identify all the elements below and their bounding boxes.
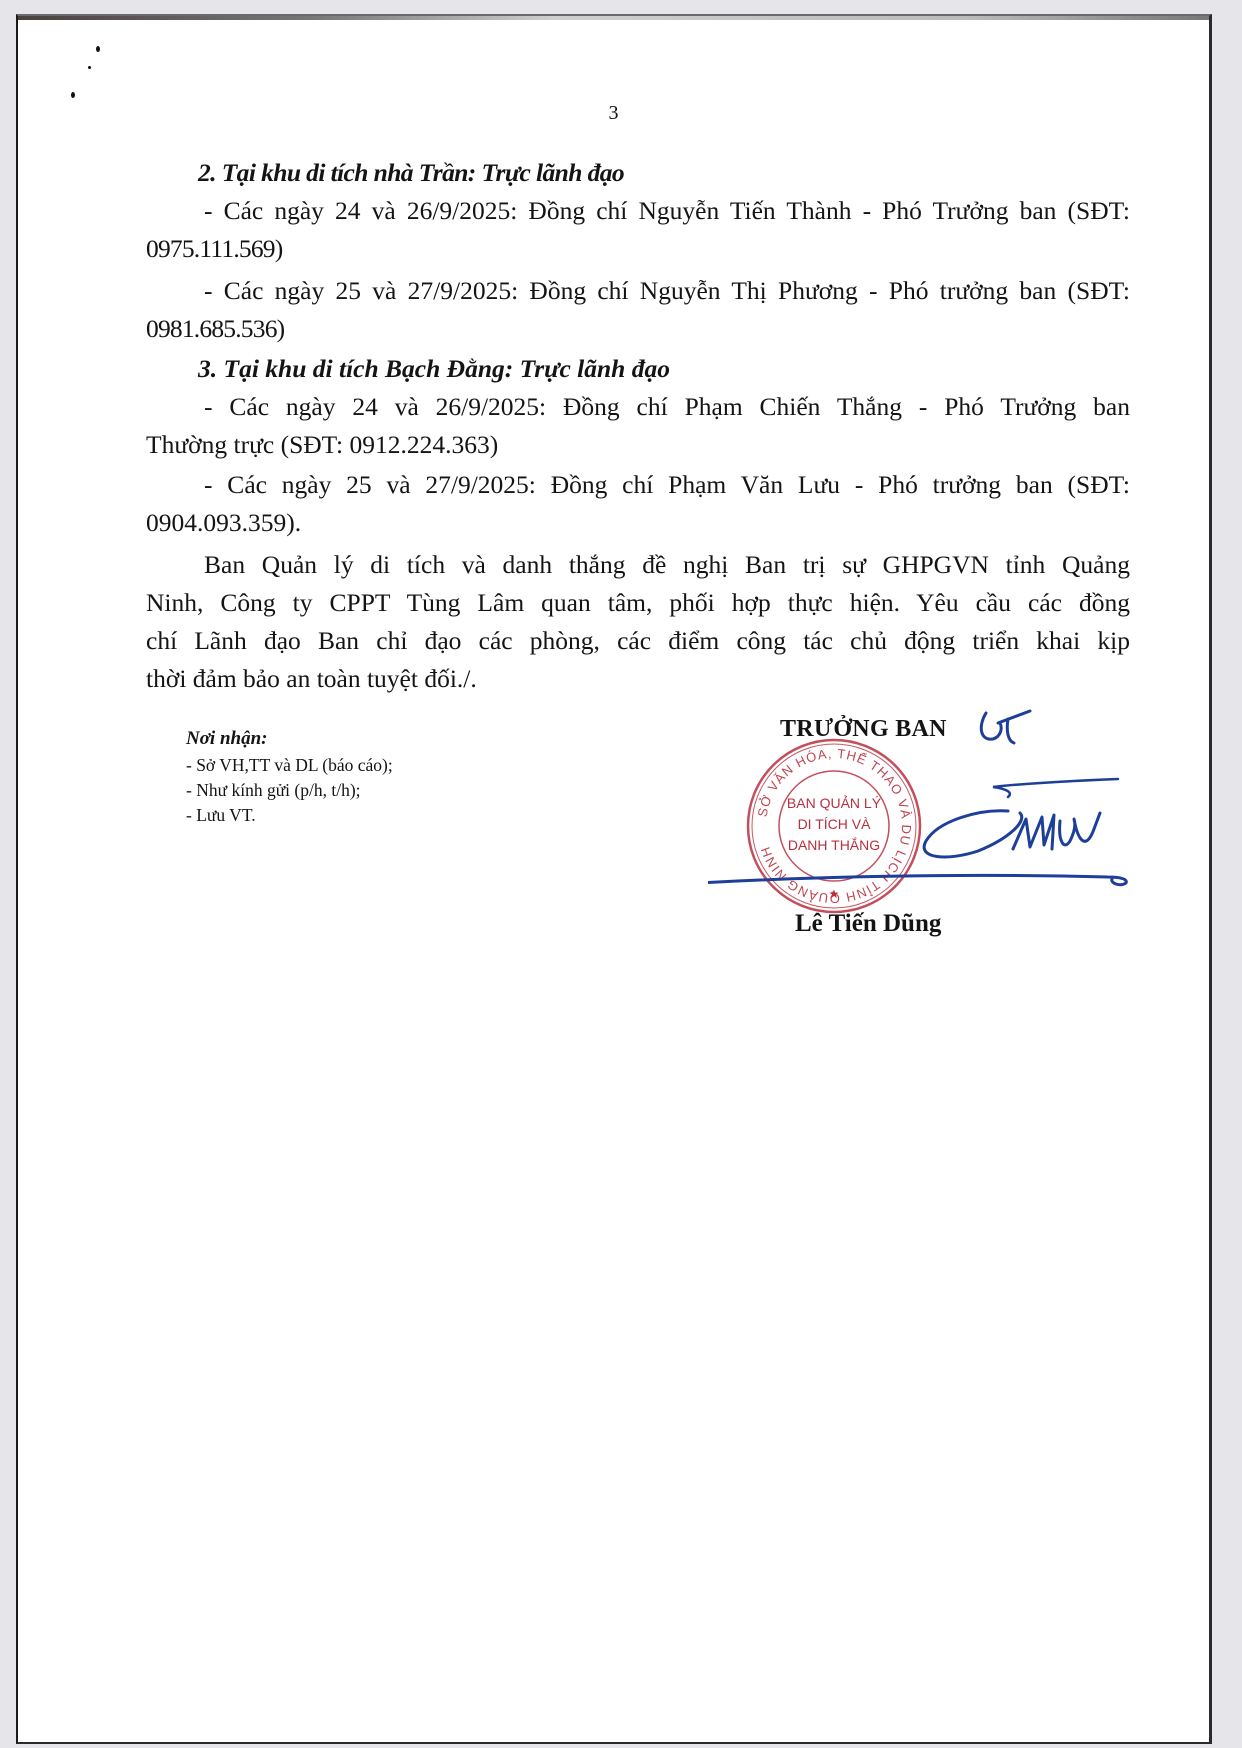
duty-item-line: - Các ngày 24 và 26/9/2025: Đồng chí Ngu… bbox=[204, 198, 1130, 224]
signatory-name: Lê Tiến Dũng bbox=[795, 910, 941, 938]
page-edge-shadow bbox=[18, 16, 1209, 20]
scan-speck bbox=[96, 46, 100, 52]
duty-item-line: 0981.685.536) bbox=[146, 316, 284, 342]
scan-speck bbox=[88, 66, 91, 69]
section-heading: 3. Tại khu di tích Bạch Đằng: Trực lãnh … bbox=[198, 356, 670, 382]
duty-item-line: - Các ngày 25 và 27/9/2025: Đồng chí Phạ… bbox=[204, 472, 1130, 498]
duty-item-line: - Các ngày 25 và 27/9/2025: Đồng chí Ngu… bbox=[204, 278, 1130, 304]
closing-paragraph-line: Ninh, Công ty CPPT Tùng Lâm quan tâm, ph… bbox=[146, 590, 1130, 616]
recipients-title: Nơi nhận: bbox=[186, 726, 393, 751]
closing-paragraph-line: Ban Quản lý di tích và danh thắng đề ngh… bbox=[204, 552, 1130, 578]
page-number: 3 bbox=[18, 102, 1209, 125]
recipients-block: Nơi nhận: - Sở VH,TT và DL (báo cáo); - … bbox=[186, 726, 393, 828]
duty-item-line: 0904.093.359). bbox=[146, 510, 301, 536]
duty-item-line: Thường trực (SĐT: 0912.224.363) bbox=[146, 432, 498, 458]
duty-item-line: 0975.111.569) bbox=[146, 236, 282, 262]
section-heading: 2. Tại khu di tích nhà Trần: Trực lãnh đ… bbox=[198, 160, 624, 186]
recipient-item: - Lưu VT. bbox=[186, 803, 393, 828]
document-page: 3 2. Tại khu di tích nhà Trần: Trực lãnh… bbox=[16, 14, 1212, 1744]
closing-paragraph-line: thời đảm bảo an toàn tuyệt đối./. bbox=[146, 666, 477, 692]
recipient-item: - Sở VH,TT và DL (báo cáo); bbox=[186, 753, 393, 778]
duty-item-line: - Các ngày 24 và 26/9/2025: Đồng chí Phạ… bbox=[204, 394, 1130, 420]
closing-paragraph-line: chí Lãnh đạo Ban chỉ đạo các phòng, các … bbox=[146, 628, 1130, 654]
recipient-item: - Như kính gửi (p/h, t/h); bbox=[186, 778, 393, 803]
scan-speck bbox=[71, 92, 75, 98]
handwritten-signature-icon bbox=[708, 701, 1208, 931]
